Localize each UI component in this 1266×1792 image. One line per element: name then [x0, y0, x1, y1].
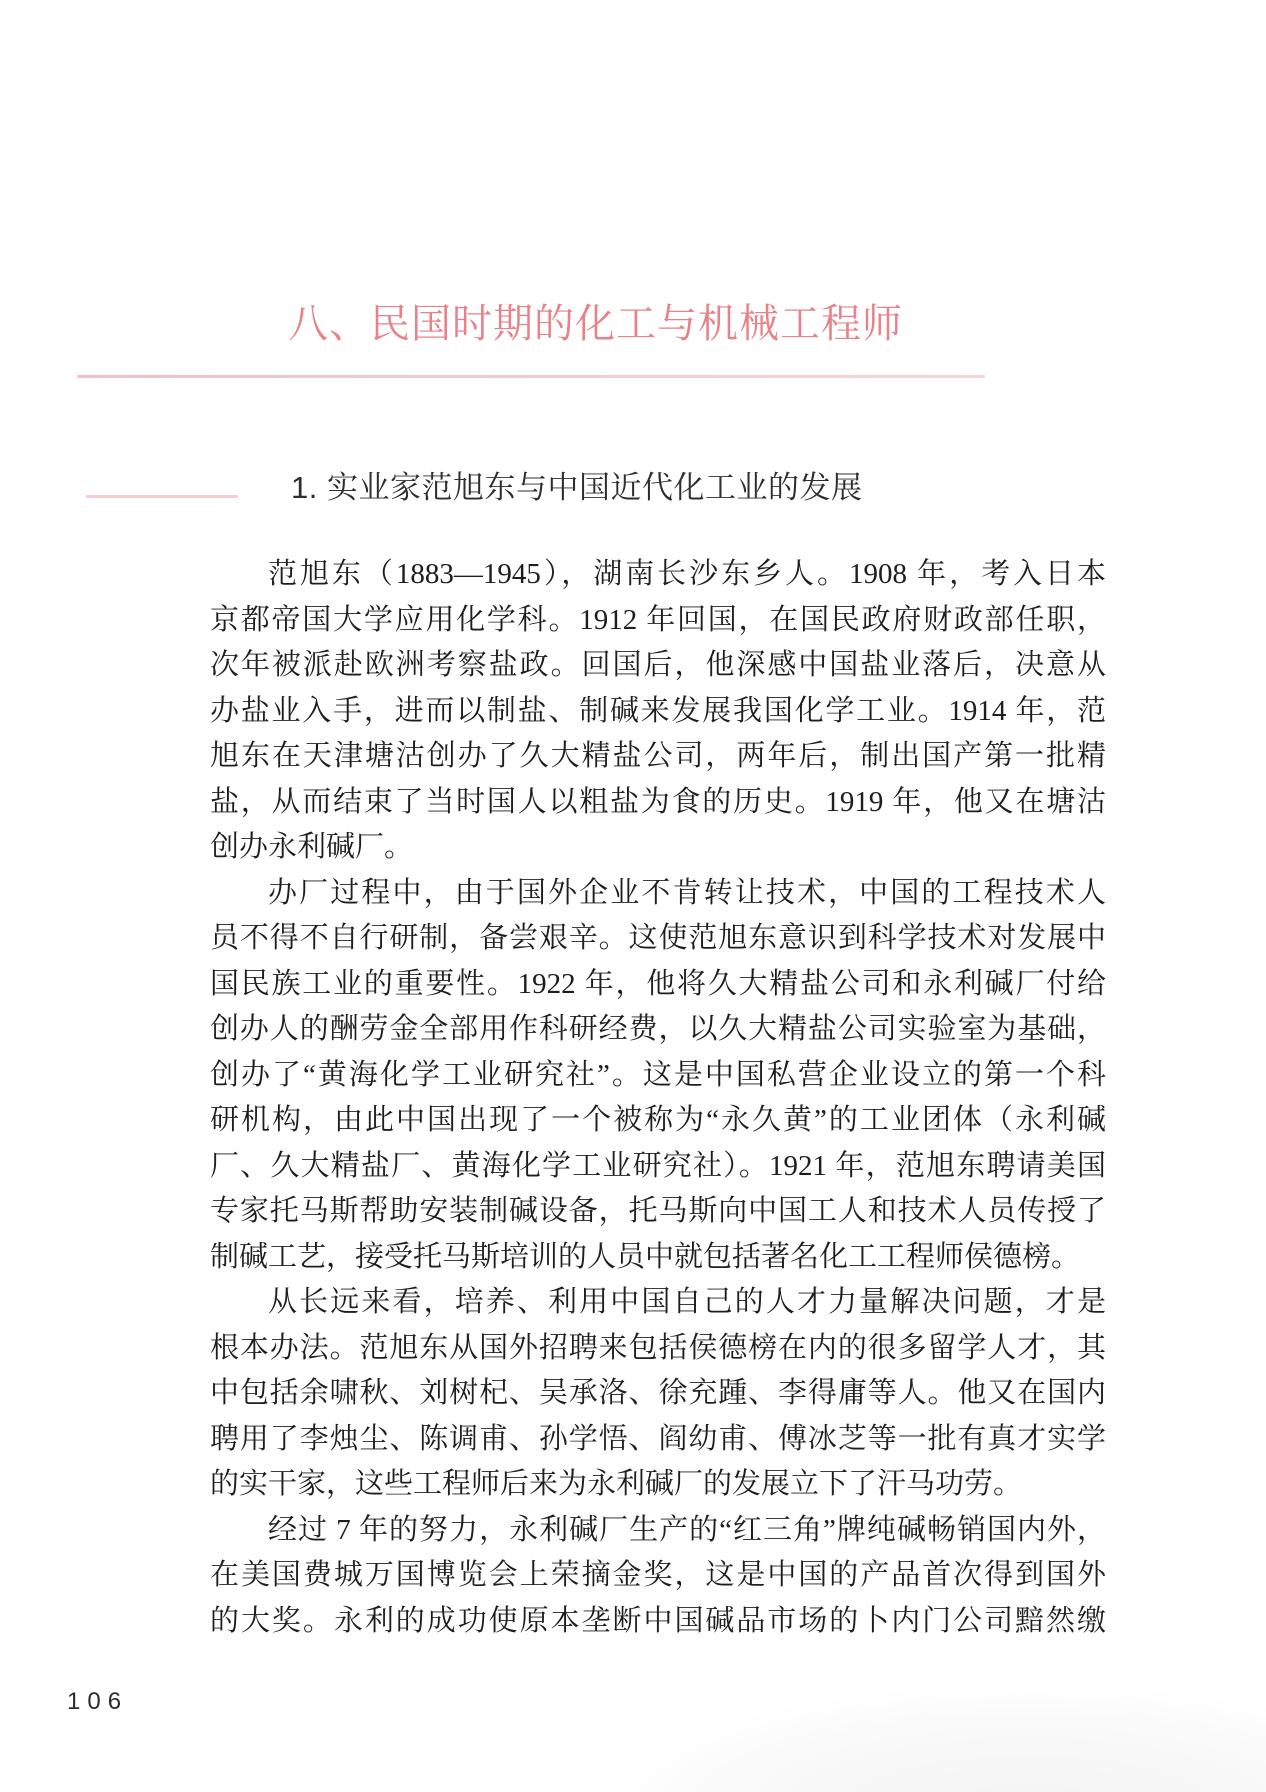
- section-heading: 1. 实业家范旭东与中国近代化工业的发展: [291, 468, 862, 508]
- body-line: 根本办法。范旭东从国外招聘来包括侯德榜在内的很多留学人才，其: [210, 1326, 1106, 1372]
- body-line: 范旭东（1883—1945），湖南长沙东乡人。1908 年，考入日本: [210, 552, 1106, 598]
- body-line: 在美国费城万国博览会上荣摘金奖，这是中国的产品首次得到国外: [210, 1553, 1106, 1599]
- body-line: 创办永利碱厂。: [210, 825, 1106, 871]
- page-number: 106: [67, 1688, 128, 1716]
- body-line: 盐，从而结束了当时国人以粗盐为食的历史。1919 年，他又在塘沽: [210, 780, 1106, 826]
- section-heading-marker-line: [86, 495, 238, 498]
- chapter-title-divider-line: [77, 375, 985, 378]
- body-line: 经过 7 年的努力，永利碱厂生产的“红三角”牌纯碱畅销国内外，: [210, 1508, 1106, 1554]
- body-line: 办盐业入手，进而以制盐、制碱来发展我国化学工业。1914 年，范: [210, 689, 1106, 735]
- body-line: 聘用了李烛尘、陈调甫、孙学悟、阎幼甫、傅冰芝等一批有真才实学: [210, 1417, 1106, 1463]
- body-line: 从长远来看，培养、利用中国自己的人才力量解决问题，才是: [210, 1280, 1106, 1326]
- body-line: 京都帝国大学应用化学科。1912 年回国，在国民政府财政部任职，: [210, 598, 1106, 644]
- chapter-title: 八、民国时期的化工与机械工程师: [288, 296, 903, 352]
- body-line: 厂、久大精盐厂、黄海化学工业研究社）。1921 年，范旭东聘请美国: [210, 1144, 1106, 1190]
- body-line: 专家托马斯帮助安装制碱设备，托马斯向中国工人和技术人员传授了: [210, 1189, 1106, 1235]
- body-line: 的大奖。永利的成功使原本垄断中国碱品市场的卜内门公司黯然缴: [210, 1599, 1106, 1645]
- body-line: 国民族工业的重要性。1922 年，他将久大精盐公司和永利碱厂付给: [210, 962, 1106, 1008]
- page-corner-shadow: [586, 1652, 1266, 1792]
- book-page: 八、民国时期的化工与机械工程师 1. 实业家范旭东与中国近代化工业的发展 范旭东…: [0, 0, 1266, 1792]
- body-line: 办厂过程中，由于国外企业不肯转让技术，中国的工程技术人: [210, 871, 1106, 917]
- body-line: 次年被派赴欧洲考察盐政。回国后，他深感中国盐业落后，决意从: [210, 643, 1106, 689]
- body-text: 范旭东（1883—1945），湖南长沙东乡人。1908 年，考入日本京都帝国大学…: [210, 552, 1106, 1644]
- body-line: 制碱工艺，接受托马斯培训的人员中就包括著名化工工程师侯德榜。: [210, 1235, 1106, 1281]
- body-line: 中包括余啸秋、刘树杞、吴承洛、徐充踵、李得庸等人。他又在国内: [210, 1371, 1106, 1417]
- body-line: 的实干家，这些工程师后来为永利碱厂的发展立下了汗马功劳。: [210, 1462, 1106, 1508]
- body-line: 员不得不自行研制，备尝艰辛。这使范旭东意识到科学技术对发展中: [210, 916, 1106, 962]
- body-line: 创办人的酬劳金全部用作科研经费，以久大精盐公司实验室为基础，: [210, 1007, 1106, 1053]
- body-line: 研机构，由此中国出现了一个被称为“永久黄”的工业团体（永利碱: [210, 1098, 1106, 1144]
- body-line: 创办了“黄海化学工业研究社”。这是中国私营企业设立的第一个科: [210, 1053, 1106, 1099]
- body-line: 旭东在天津塘沽创办了久大精盐公司，两年后，制出国产第一批精: [210, 734, 1106, 780]
